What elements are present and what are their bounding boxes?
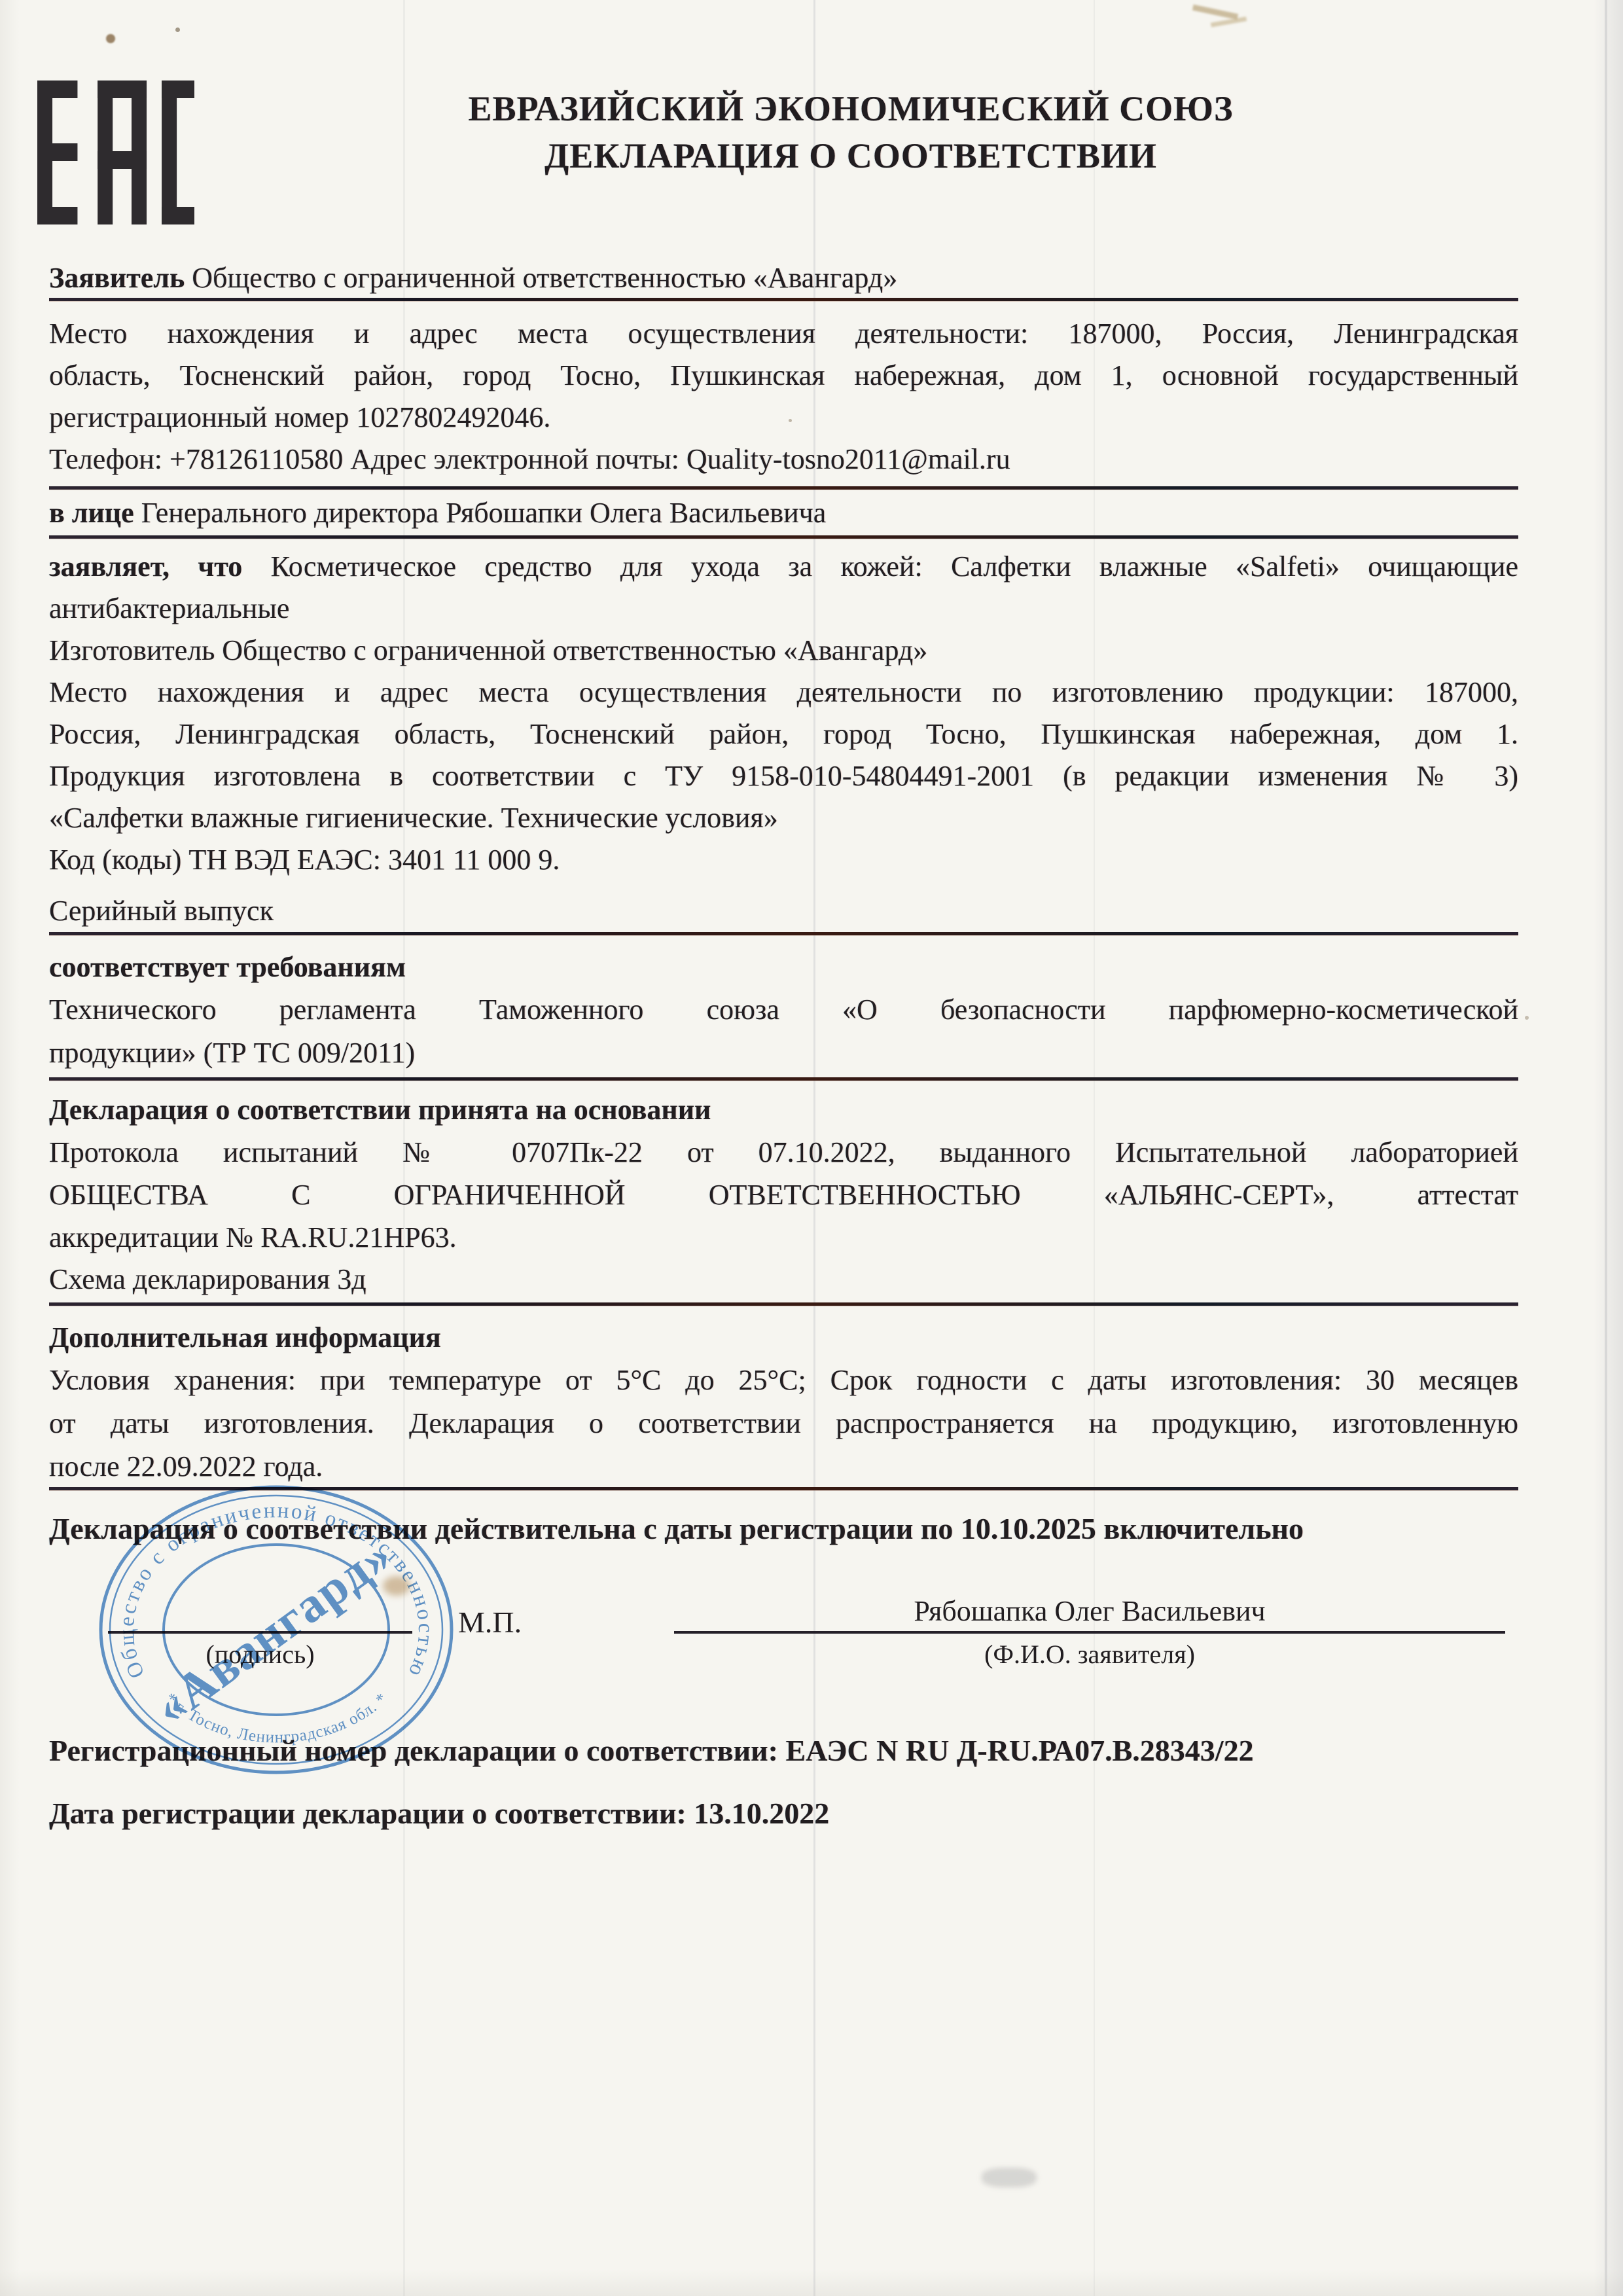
section-divider <box>49 932 1518 935</box>
corner-smudge <box>1211 16 1247 27</box>
section-divider <box>49 298 1518 301</box>
complies-line: продукции» (ТР ТС 009/2011) <box>49 1031 1518 1075</box>
applicant-line: Заявитель Общество с ограниченной ответс… <box>49 257 1518 299</box>
complies-line: Технического регламента Таможенного союз… <box>49 988 1518 1031</box>
section-divider <box>49 1077 1518 1081</box>
basis-line: Протокола испытаний № 0707Пк-22 от 07.10… <box>49 1131 1518 1174</box>
scheme-line: Схема декларирования 3д <box>49 1259 1518 1300</box>
applicant-fio: Рябошапка Олег Васильевич <box>674 1594 1505 1628</box>
basis-block: Протокола испытаний № 0707Пк-22 от 07.10… <box>49 1131 1518 1259</box>
declares-line-1: заявляет, что Косметическое средство для… <box>49 546 1518 588</box>
maker-line: Изготовитель Общество с ограниченной отв… <box>49 630 1518 672</box>
in-person-line: в лице Генерального директора Рябошапки … <box>49 495 1518 531</box>
paper-speck <box>175 27 180 32</box>
production-line: Россия, Ленинградская область, Тосненски… <box>49 713 1518 755</box>
address-line: регистрационный номер 1027802492046. <box>49 397 1518 439</box>
seal-place-label: М.П. <box>458 1605 522 1640</box>
section-divider <box>49 486 1518 490</box>
applicant-value: Общество с ограниченной ответственностью… <box>185 262 897 294</box>
complies-block: Технического регламента Таможенного союз… <box>49 988 1518 1075</box>
paper-stain <box>982 2168 1037 2187</box>
document-title: ЕВРАЗИЙСКИЙ ЭКОНОМИЧЕСКИЙ СОЮЗ ДЕКЛАРАЦИ… <box>131 85 1571 179</box>
production-line: Продукция изготовлена в соответствии с Т… <box>49 755 1518 797</box>
document-page: ЕВРАЗИЙСКИЙ ЭКОНОМИЧЕСКИЙ СОЮЗ ДЕКЛАРАЦИ… <box>0 0 1623 2296</box>
additional-block: Условия хранения: при температуре от 5°С… <box>49 1359 1518 1488</box>
company-stamp: Общество с ограниченной ответственностью… <box>93 1478 459 1782</box>
registration-date-line: Дата регистрации декларации о соответств… <box>49 1796 829 1831</box>
complies-label: соответствует требованиям <box>49 946 1518 988</box>
production-line: Место нахождения и адрес места осуществл… <box>49 672 1518 713</box>
fio-line <box>674 1631 1505 1634</box>
production-block: Место нахождения и адрес места осуществл… <box>49 672 1518 881</box>
declares-block: заявляет, что Косметическое средство для… <box>49 546 1518 630</box>
declares-label: заявляет, что <box>49 550 242 583</box>
basis-label: Декларация о соответствии принята на осн… <box>49 1089 1518 1131</box>
scan-streak <box>1605 0 1607 2296</box>
tnved-code-line: Код (коды) ТН ВЭД ЕАЭС: 3401 11 000 9. <box>49 839 1518 881</box>
paper-speck <box>106 34 115 43</box>
additional-line: от даты изготовления. Декларация о соотв… <box>49 1402 1518 1445</box>
phone-email-line: Телефон: +78126110580 Адрес электронной … <box>49 439 1518 480</box>
additional-label: Дополнительная информация <box>49 1317 1518 1359</box>
corner-smudge <box>1192 5 1238 20</box>
in-person-label: в лице <box>49 497 134 529</box>
address-line: область, Тосненский район, город Тосно, … <box>49 355 1518 397</box>
section-divider <box>49 535 1518 539</box>
title-line-2: ДЕКЛАРАЦИЯ О СООТВЕТСТВИИ <box>131 132 1571 179</box>
fio-caption: (Ф.И.О. заявителя) <box>674 1639 1505 1670</box>
basis-line: аккредитации № RA.RU.21НР63. <box>49 1216 1518 1259</box>
title-line-1: ЕВРАЗИЙСКИЙ ЭКОНОМИЧЕСКИЙ СОЮЗ <box>131 85 1571 132</box>
section-divider <box>49 1302 1518 1306</box>
additional-line: Условия хранения: при температуре от 5°С… <box>49 1359 1518 1402</box>
paper-speck <box>1525 1016 1529 1020</box>
declares-product: Косметическое средство для ухода за коже… <box>242 550 1518 583</box>
address-line: Место нахождения и адрес места осуществл… <box>49 313 1518 355</box>
declares-line-2: антибактериальные <box>49 588 1518 630</box>
production-line: «Салфетки влажные гигиенические. Техниче… <box>49 797 1518 839</box>
serial-line: Серийный выпуск <box>49 890 1518 932</box>
in-person-value: Генерального директора Рябошапки Олега В… <box>134 497 827 529</box>
applicant-label: Заявитель <box>49 262 185 294</box>
basis-line: ОБЩЕСТВА С ОГРАНИЧЕННОЙ ОТВЕТСТВЕННОСТЬЮ… <box>49 1174 1518 1216</box>
address-block: Место нахождения и адрес места осуществл… <box>49 313 1518 480</box>
